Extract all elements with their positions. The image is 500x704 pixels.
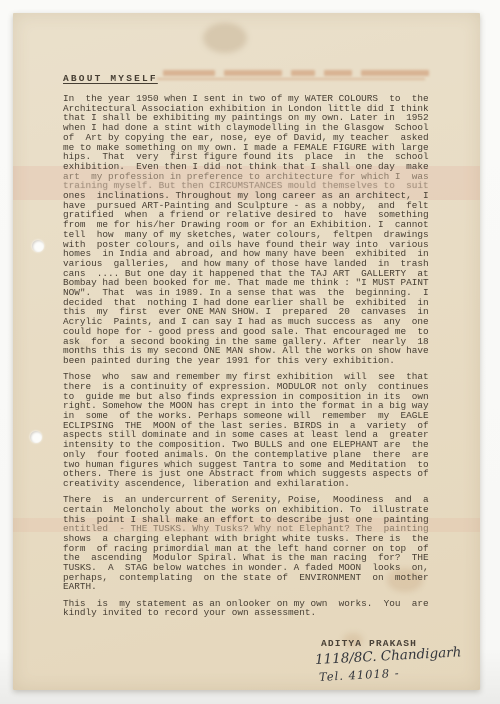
text-line: been painted during the year 1991 for th…: [63, 356, 443, 366]
punch-hole: [30, 431, 42, 443]
signature-block: ADITYA PRAKASH 1118/8C. Chandigarh Tel. …: [321, 638, 443, 684]
document-content: ABOUT MYSELF In the year 1950 when I sen…: [63, 73, 443, 684]
document-title: ABOUT MYSELF: [63, 73, 443, 84]
text-line: creativity ascendence, liberation and ex…: [63, 479, 443, 489]
paragraph: This is my statement as an onlooker on m…: [63, 599, 443, 618]
text-line: EARTH.: [63, 582, 443, 592]
paragraph: There is an undercurrent of Serenity, Po…: [63, 495, 443, 592]
paragraph: Those who saw and remember my first exhi…: [63, 372, 443, 488]
text-line: kindly invited to record your own assess…: [63, 608, 443, 618]
document-body: In the year 1950 when I sent in two of m…: [63, 94, 443, 618]
paragraph: In the year 1950 when I sent in two of m…: [63, 94, 443, 366]
paper-stain: [203, 23, 247, 53]
scanned-page-background: ABOUT MYSELF In the year 1950 when I sen…: [0, 0, 500, 704]
punch-hole: [32, 240, 44, 252]
typewritten-document-page: ABOUT MYSELF In the year 1950 when I sen…: [13, 13, 480, 690]
text-line: perhaps, contemplating on the state of E…: [63, 573, 443, 583]
